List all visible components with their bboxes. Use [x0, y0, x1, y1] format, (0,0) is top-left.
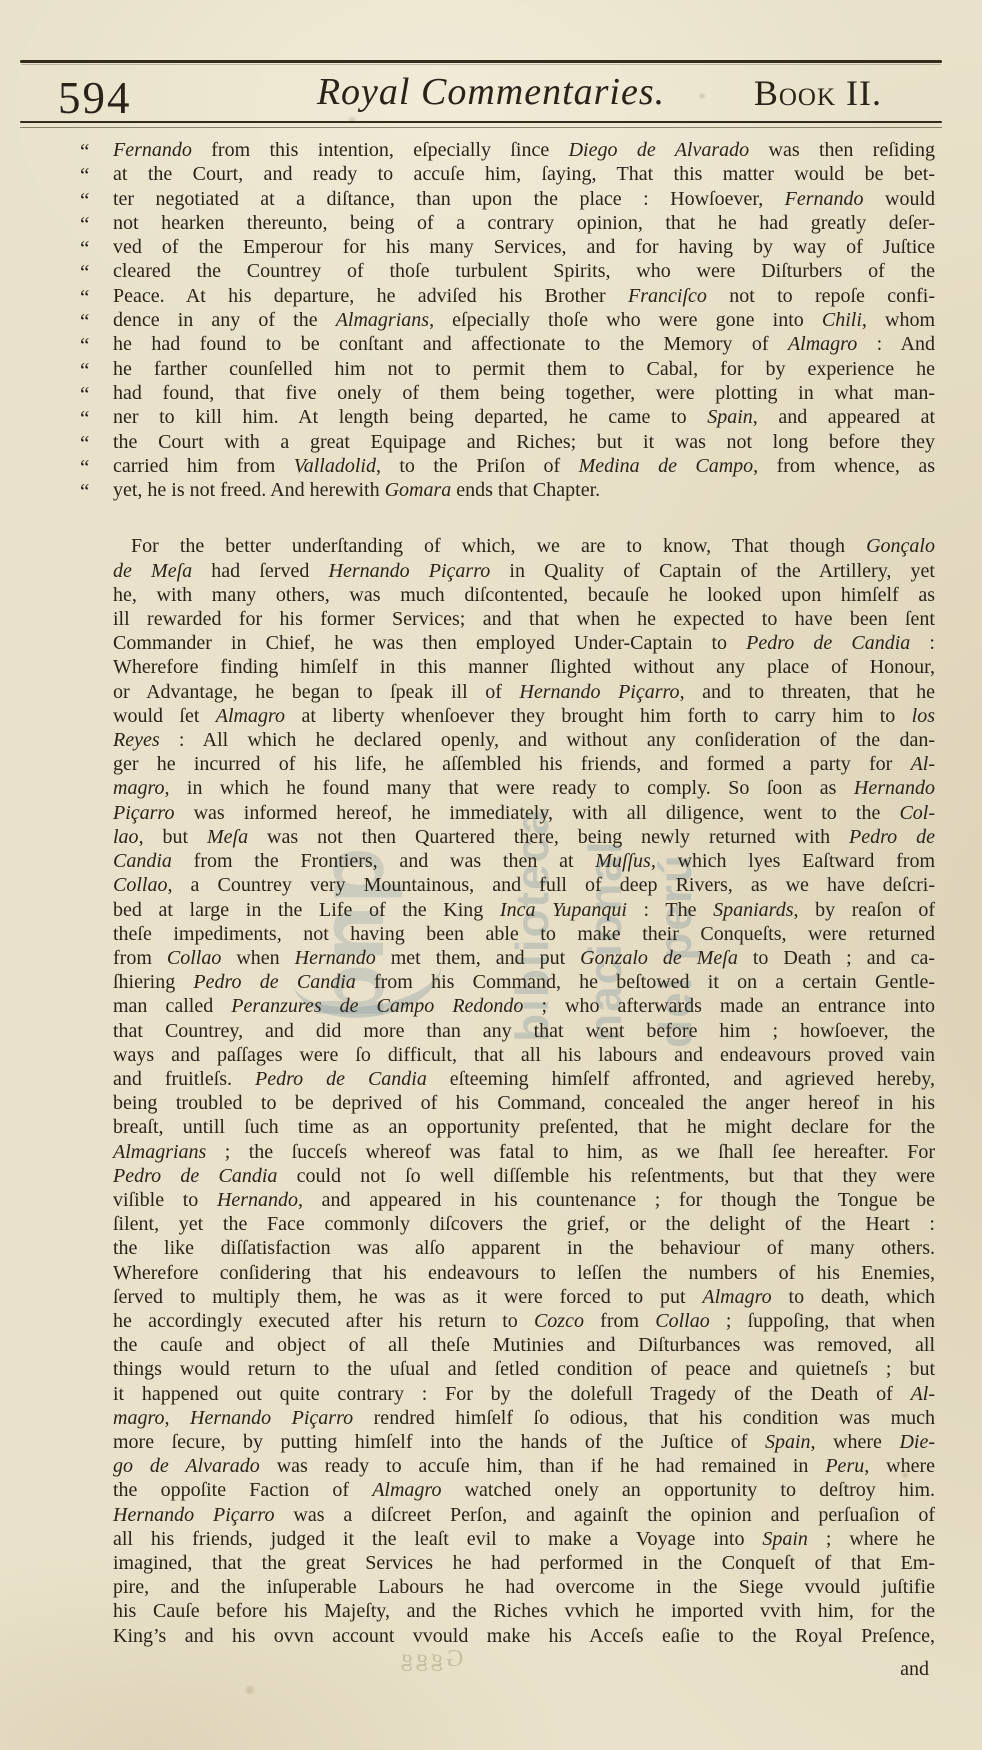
text-line: Peace. At his departure, he adviſed his …	[113, 284, 935, 308]
text-line: carried him from Valladolid, to the Priſ…	[113, 454, 935, 478]
text-line: viſible to Hernando, and appeared in his…	[113, 1188, 935, 1212]
text-line: ſilent, yet the Face commonly diſcovers …	[113, 1212, 935, 1236]
quote-mark: “	[80, 382, 89, 407]
text-line: yet, he is not freed. And herewith Gomar…	[113, 478, 935, 502]
text-line: Hernando Piçarro was a diſcreet Perſon, …	[113, 1503, 935, 1527]
text-line: he accordingly executed after his return…	[113, 1309, 935, 1333]
text-line: ved of the Emperour for his many Service…	[113, 235, 935, 259]
quote-mark: “	[80, 333, 89, 358]
quote-mark: “	[80, 163, 89, 188]
quoted-paragraph: “Fernando from this intention, eſpeciall…	[113, 138, 935, 502]
text-line: Candia from the Frontiers, and was then …	[113, 849, 935, 873]
quoted-line: “ved of the Emperour for his many Servic…	[113, 235, 935, 259]
quoted-line: “the Court with a great Equipage and Ric…	[113, 430, 935, 454]
quoted-line: “not hearken thereunto, being of a contr…	[113, 211, 935, 235]
quoted-line: “ter negotiated at a diſtance, than upon…	[113, 187, 935, 211]
quoted-line: “cleared the Countrey of thoſe turbulent…	[113, 259, 935, 283]
text-line: the oppoſite Faction of Almagro watched …	[113, 1478, 935, 1502]
verso-showthrough: Gggg	[398, 1646, 463, 1673]
catchword: and	[113, 1657, 935, 1681]
text-line: ways and paſſages were ſo difficult, tha…	[113, 1043, 935, 1067]
text-line: Almagrians ; the ſucceſs whereof was fat…	[113, 1140, 935, 1164]
quoted-line: “ner to kill him. At length being depart…	[113, 405, 935, 429]
text-line: lao, but Meſa was not then Quartered the…	[113, 825, 935, 849]
text-line: pire, and the inſuperable Labours he had…	[113, 1575, 935, 1599]
text-line: things would return to the uſual and ſet…	[113, 1357, 935, 1381]
text-line: ſerved to multiply them, he was as it we…	[113, 1285, 935, 1309]
quote-mark: “	[80, 431, 89, 456]
text-line: he, with many others, was much diſconten…	[113, 583, 935, 607]
text-line: at the Court, and ready to accuſe him, ſ…	[113, 162, 935, 186]
quote-mark: “	[80, 358, 89, 383]
book-label: Book II.	[754, 72, 882, 114]
text-line: Piçarro was informed hereof, he immediat…	[113, 801, 935, 825]
quote-mark: “	[80, 236, 89, 261]
text-line: King’s and his ovvn account vvould make …	[113, 1624, 935, 1648]
text-line: all his friends, judged it the leaſt evi…	[113, 1527, 935, 1551]
text-line: Commander in Chief, he was then employed…	[113, 631, 935, 655]
text-line: cleared the Countrey of thoſe turbulent …	[113, 259, 935, 283]
body-paragraph: For the better underſtanding of which, w…	[113, 534, 935, 1647]
text-line: Reyes : All which he declared openly, an…	[113, 728, 935, 752]
text-line: dence in any of the Almagrians, eſpecial…	[113, 308, 935, 332]
text-line: more ſecure, by putting himſelf into the…	[113, 1430, 935, 1454]
text-line: the Court with a great Equipage and Rich…	[113, 430, 935, 454]
header-rule-bottom	[20, 121, 942, 123]
text-line: de Meſa had ſerved Hernando Piçarro in Q…	[113, 559, 935, 583]
text-line: from Collao when Hernando met them, and …	[113, 946, 935, 970]
quote-mark: “	[80, 455, 89, 480]
quoted-line: “had found, that five onely of them bein…	[113, 381, 935, 405]
text-line: Collao, a Countrey very Mountainous, and…	[113, 873, 935, 897]
quote-mark: “	[80, 309, 89, 334]
text-line: theſe impediments, not having been able …	[113, 922, 935, 946]
quote-mark: “	[80, 260, 89, 285]
quoted-line: “at the Court, and ready to accuſe him, …	[113, 162, 935, 186]
text-line: Pedro de Candia could not ſo well diſſem…	[113, 1164, 935, 1188]
text-line: For the better underſtanding of which, w…	[113, 534, 935, 558]
book-page-scan: bnp biblioteca nacional del perú 594 Roy…	[0, 0, 982, 1750]
header-rule-top	[20, 60, 942, 63]
header-rule-bottom-echo	[20, 127, 942, 128]
quote-mark: “	[80, 188, 89, 213]
text-block: “Fernando from this intention, eſpeciall…	[113, 138, 935, 1681]
text-line: Wherefore conſidering that his endeavour…	[113, 1261, 935, 1285]
text-line: being troubled to be deprived of his Com…	[113, 1091, 935, 1115]
quote-mark: “	[80, 285, 89, 310]
text-line: not hearken thereunto, being of a contra…	[113, 211, 935, 235]
quote-mark: “	[80, 212, 89, 237]
text-line: man called Peranzures de Campo Redondo ;…	[113, 994, 935, 1018]
text-line: ter negotiated at a diſtance, than upon …	[113, 187, 935, 211]
quoted-line: “Fernando from this intention, eſpeciall…	[113, 138, 935, 162]
quoted-line: “Peace. At his departure, he adviſed his…	[113, 284, 935, 308]
text-line: ner to kill him. At length being departe…	[113, 405, 935, 429]
quote-mark: “	[80, 139, 89, 164]
text-line: Wherefore finding himſelf in this manner…	[113, 655, 935, 679]
text-line: bed at large in the Life of the King Inc…	[113, 898, 935, 922]
quoted-line: “he farther counſelled him not to permit…	[113, 357, 935, 381]
text-line: ſhiering Pedro de Candia from his Comman…	[113, 970, 935, 994]
text-line: or Advantage, he began to ſpeak ill of H…	[113, 680, 935, 704]
text-line: magro, in which he found many that were …	[113, 776, 935, 800]
quoted-line: “dence in any of the Almagrians, eſpecia…	[113, 308, 935, 332]
text-line: that Countrey, and did more than any tha…	[113, 1019, 935, 1043]
text-line: and fruitleſs. Pedro de Candia eſteeming…	[113, 1067, 935, 1091]
quote-mark: “	[80, 406, 89, 431]
text-line: his Cauſe before his Majeſty, and the Ri…	[113, 1599, 935, 1623]
quoted-line: “yet, he is not freed. And herewith Goma…	[113, 478, 935, 502]
quoted-line: “he had found to be conſtant and affecti…	[113, 332, 935, 356]
text-line: ill rewarded for his former Services; an…	[113, 607, 935, 631]
text-line: it happened out quite contrary : For by …	[113, 1382, 935, 1406]
text-line: ger he incurred of his life, he aſſemble…	[113, 752, 935, 776]
text-line: had found, that five onely of them being…	[113, 381, 935, 405]
quote-mark: “	[80, 479, 89, 504]
text-line: breaſt, untill ſuch time as an opportuni…	[113, 1115, 935, 1139]
text-line: he had found to be conſtant and affectio…	[113, 332, 935, 356]
text-line: the like diſſatisfaction was alſo appare…	[113, 1236, 935, 1260]
text-line: magro, Hernando Piçarro rendred himſelf …	[113, 1406, 935, 1430]
text-line: Fernando from this intention, eſpecially…	[113, 138, 935, 162]
quoted-line: “carried him from Valladolid, to the Pri…	[113, 454, 935, 478]
text-line: he farther counſelled him not to permit …	[113, 357, 935, 381]
text-line: imagined, that the great Services he had…	[113, 1551, 935, 1575]
text-line: go de Alvarado was ready to accuſe him, …	[113, 1454, 935, 1478]
text-line: would ſet Almagro at liberty whenſoever …	[113, 704, 935, 728]
text-line: the cauſe and object of all theſe Mutini…	[113, 1333, 935, 1357]
